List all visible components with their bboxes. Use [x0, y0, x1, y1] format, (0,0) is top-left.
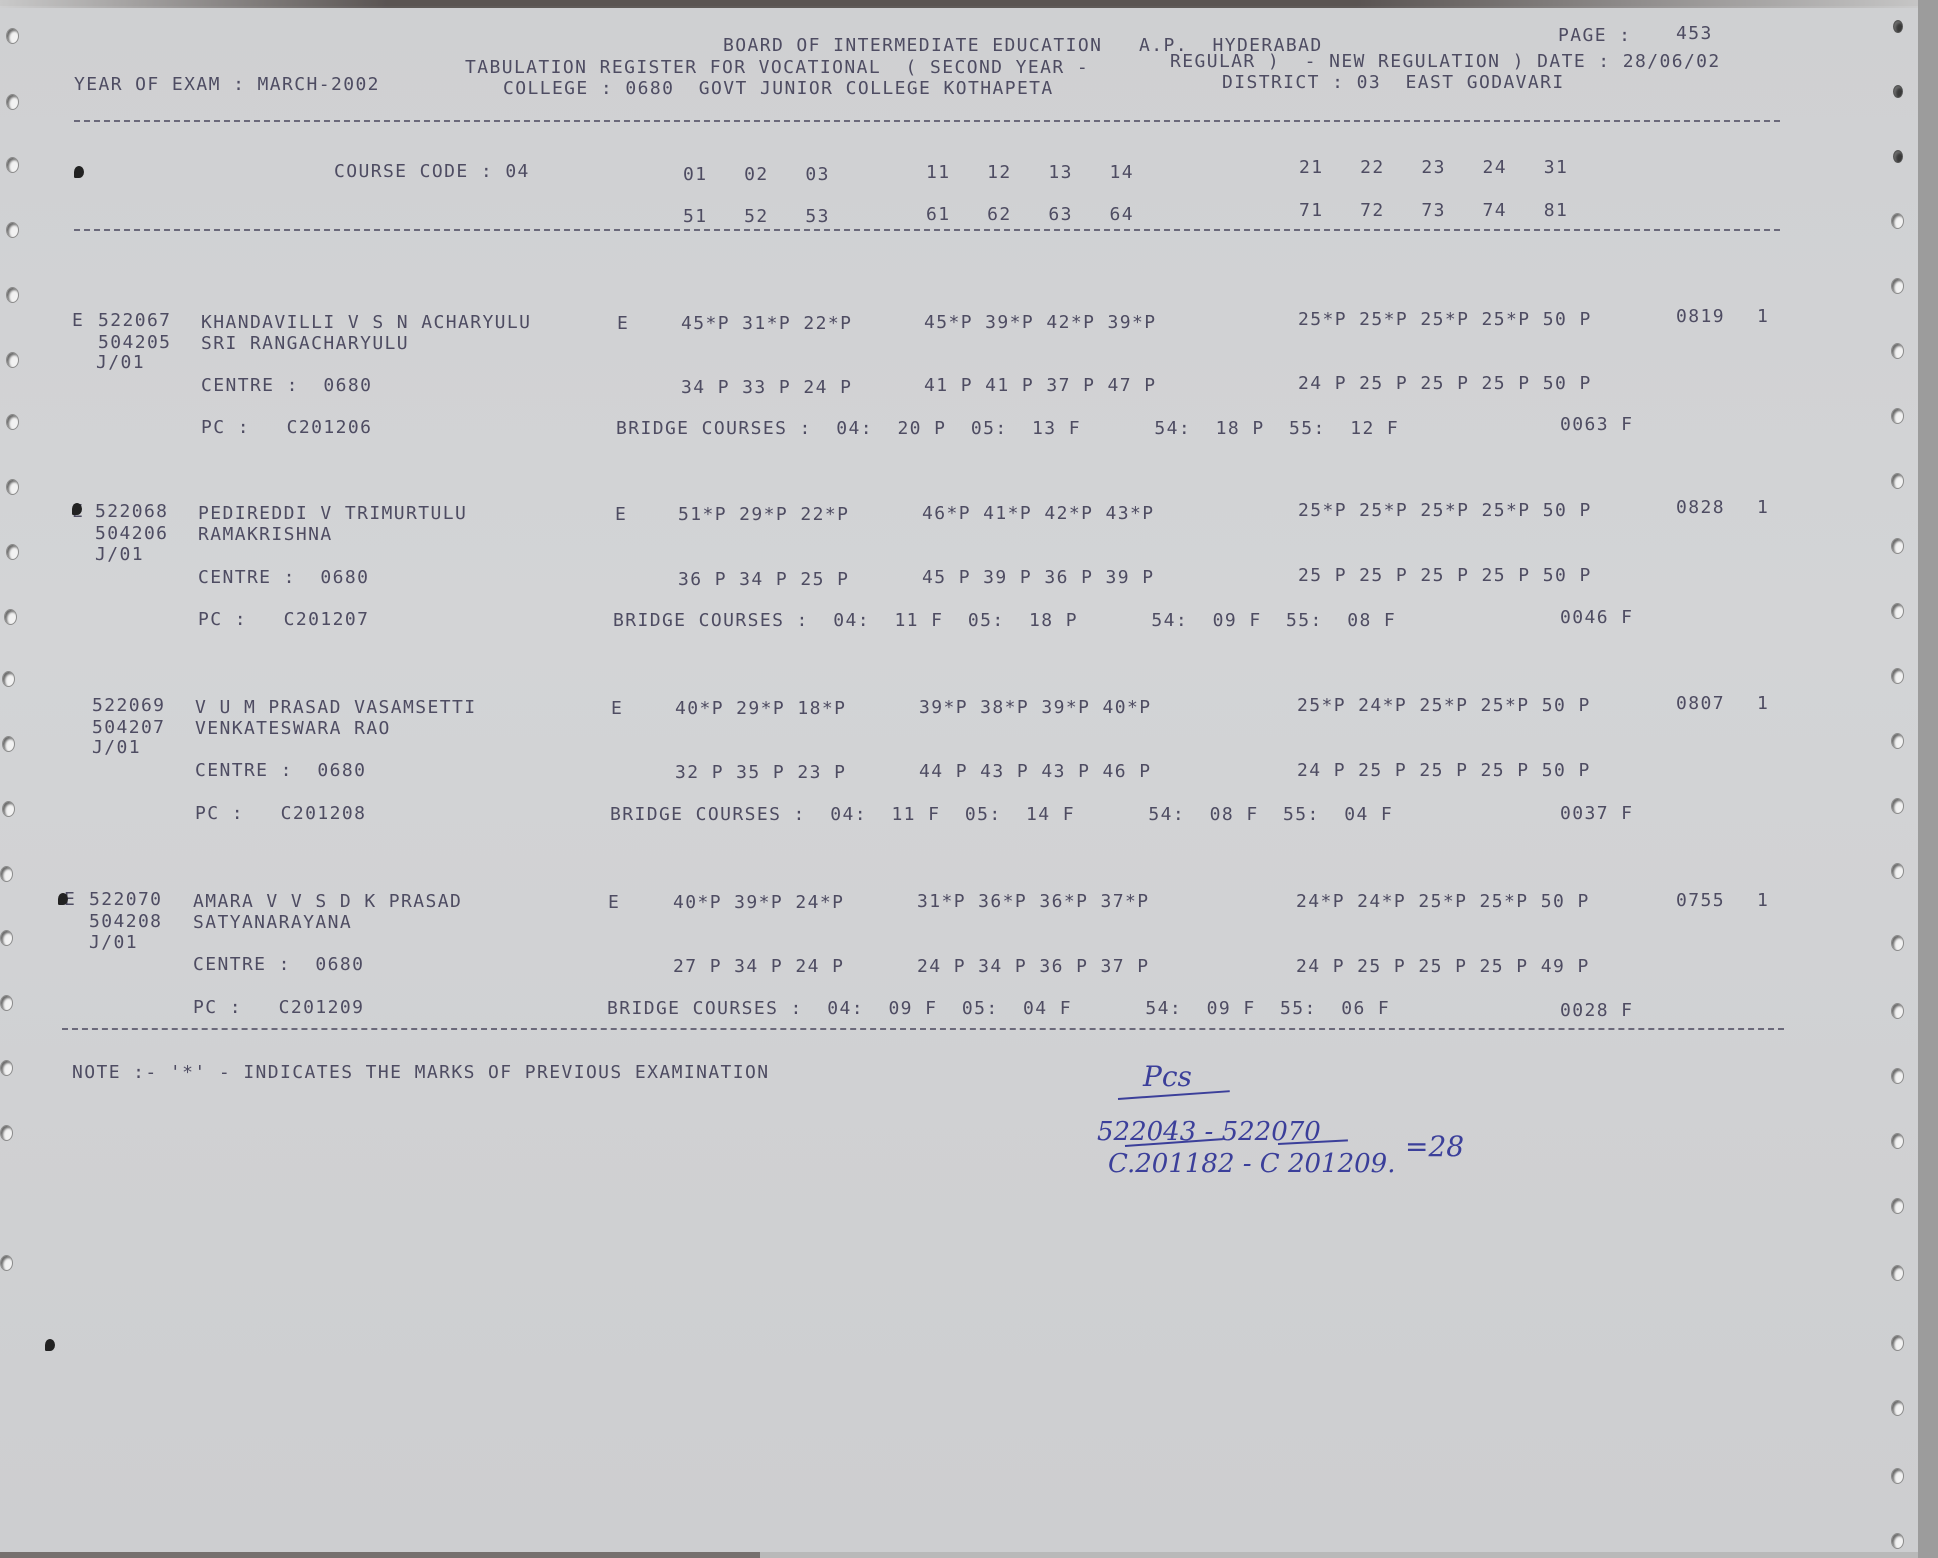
prev-marks-group2: 45*P 39*P 42*P 39*P	[924, 313, 1157, 333]
registration-number: 504206	[95, 524, 168, 544]
centre-code: CENTRE : 0680	[195, 761, 366, 781]
current-marks-group1: 36 P 34 P 25 P	[678, 570, 849, 590]
feed-hole	[0, 995, 13, 1011]
current-marks-group3: 24 P 25 P 25 P 25 P 50 P	[1298, 374, 1592, 394]
student-name: PEDIREDDI V TRIMURTULU	[198, 504, 467, 524]
student-name: AMARA V V S D K PRASAD	[193, 892, 462, 912]
bridge-courses: BRIDGE COURSES : 04: 09 F 05: 04 F 54: 0…	[607, 999, 1390, 1019]
current-marks-group1: 34 P 33 P 24 P	[681, 378, 852, 398]
feed-hole	[1891, 343, 1904, 359]
feed-hole	[1891, 1400, 1904, 1416]
group-code: J/01	[95, 545, 144, 565]
prev-marks-group2: 31*P 36*P 36*P 37*P	[917, 892, 1150, 912]
father-name: SATYANARAYANA	[193, 913, 352, 933]
student-name: KHANDAVILLI V S N ACHARYULU	[201, 313, 531, 333]
current-marks-group1: 27 P 34 P 24 P	[673, 957, 844, 977]
bridge-courses: BRIDGE COURSES : 04: 20 P 05: 13 F 54: 1…	[616, 419, 1399, 439]
father-name: SRI RANGACHARYULU	[201, 334, 409, 354]
course-codes-row2-group2: 61 62 63 64	[926, 205, 1134, 225]
footer-divider	[62, 1028, 1784, 1030]
prev-marks-group3: 25*P 25*P 25*P 25*P 50 P	[1298, 501, 1592, 521]
feed-hole	[6, 414, 19, 430]
feed-hole	[2, 671, 15, 687]
father-name: VENKATESWARA RAO	[195, 719, 391, 739]
bridge-total: 0046 F	[1560, 608, 1633, 628]
prev-marks-group1: 45*P 31*P 22*P	[681, 314, 852, 334]
course-codes-row2-group3: 71 72 73 74 81	[1299, 201, 1568, 221]
current-marks-group2: 24 P 34 P 36 P 37 P	[917, 957, 1150, 977]
division: 1	[1757, 694, 1769, 714]
centre-code: CENTRE : 0680	[201, 376, 372, 396]
handwritten-title: Pcs	[1143, 1060, 1192, 1093]
current-marks-group2: 41 P 41 P 37 P 47 P	[924, 376, 1157, 396]
feed-hole	[1891, 1468, 1904, 1484]
current-marks-group2: 44 P 43 P 43 P 46 P	[919, 762, 1152, 782]
course-codes-row2-group1: 51 52 53	[683, 207, 830, 227]
header-divider	[74, 120, 1780, 122]
prev-marks-group1: 40*P 29*P 18*P	[675, 699, 846, 719]
feed-hole	[1891, 473, 1904, 489]
feed-hole	[6, 287, 19, 303]
pc-number: PC : C201209	[193, 998, 364, 1018]
student-name: V U M PRASAD VASAMSETTI	[195, 698, 476, 718]
punch-mark	[58, 893, 68, 905]
feed-hole	[2, 736, 15, 752]
medium: E	[617, 314, 629, 334]
current-marks-group3: 24 P 25 P 25 P 25 P 50 P	[1297, 761, 1591, 781]
bridge-courses: BRIDGE COURSES : 04: 11 F 05: 14 F 54: 0…	[610, 805, 1393, 825]
hall-ticket-number: 522069	[92, 696, 165, 716]
medium: E	[615, 505, 627, 525]
feed-hole	[4, 609, 17, 625]
pc-range: C.201182 - C 201209.	[1108, 1149, 1395, 1179]
prev-marks-group1: 40*P 39*P 24*P	[673, 893, 844, 913]
centre-code: CENTRE : 0680	[198, 568, 369, 588]
student-flag: E	[72, 311, 84, 331]
grand-total: 0828	[1676, 498, 1725, 518]
feed-hole	[6, 544, 19, 560]
feed-hole	[0, 1060, 13, 1076]
feed-hole	[6, 479, 19, 495]
feed-hole	[1893, 150, 1903, 163]
feed-hole	[1891, 1335, 1904, 1351]
sheet-right-edge	[1918, 0, 1938, 1558]
feed-hole	[1891, 1068, 1904, 1084]
feed-hole	[6, 28, 19, 44]
page-number: 453	[1676, 24, 1713, 44]
medium: E	[611, 699, 623, 719]
bridge-total: 0037 F	[1560, 804, 1633, 824]
hall-ticket-number: 522070	[89, 890, 162, 910]
current-marks-group3: 24 P 25 P 25 P 25 P 49 P	[1296, 957, 1590, 977]
register-title: TABULATION REGISTER FOR VOCATIONAL ( SEC…	[465, 58, 1089, 78]
course-codes-row1-group1: 01 02 03	[683, 165, 830, 185]
prev-marks-group3: 24*P 24*P 25*P 25*P 50 P	[1296, 892, 1590, 912]
district-info: DISTRICT : 03 EAST GODAVARI	[1222, 73, 1565, 93]
record-count: =28	[1405, 1130, 1464, 1163]
current-marks-group2: 45 P 39 P 36 P 39 P	[922, 568, 1155, 588]
division: 1	[1757, 307, 1769, 327]
feed-hole	[1891, 1133, 1904, 1149]
hall-ticket-number: 522067	[98, 311, 171, 331]
feed-hole	[1891, 603, 1904, 619]
registration-number: 504208	[89, 912, 162, 932]
course-header-divider	[74, 229, 1780, 231]
footnote: NOTE :- '*' - INDICATES THE MARKS OF PRE…	[72, 1063, 770, 1083]
feed-hole	[0, 866, 13, 882]
feed-hole	[1891, 1533, 1904, 1549]
feed-hole	[1891, 1265, 1904, 1281]
feed-hole	[1893, 20, 1903, 33]
division: 1	[1757, 498, 1769, 518]
group-code: J/01	[96, 353, 145, 373]
current-marks-group3: 25 P 25 P 25 P 25 P 50 P	[1298, 566, 1592, 586]
grand-total: 0819	[1676, 307, 1725, 327]
feed-hole	[6, 94, 19, 110]
bottom-edge-shadow	[0, 1552, 760, 1558]
grand-total: 0807	[1676, 694, 1725, 714]
pc-number: PC : C201207	[198, 610, 369, 630]
feed-hole	[0, 1125, 13, 1141]
course-code: COURSE CODE : 04	[334, 162, 530, 182]
feed-hole	[0, 930, 13, 946]
regulation-and-date: REGULAR ) - NEW REGULATION ) DATE : 28/0…	[1170, 52, 1721, 72]
bridge-courses: BRIDGE COURSES : 04: 11 F 05: 18 P 54: 0…	[613, 611, 1396, 631]
pc-number: PC : C201208	[195, 804, 366, 824]
registration-number: 504207	[92, 718, 165, 738]
centre-code: CENTRE : 0680	[193, 955, 364, 975]
feed-hole	[6, 352, 19, 368]
feed-hole	[1893, 85, 1903, 98]
bridge-total: 0063 F	[1560, 415, 1633, 435]
feed-hole	[2, 801, 15, 817]
feed-hole	[1891, 863, 1904, 879]
feed-hole	[1891, 213, 1904, 229]
feed-hole	[1891, 668, 1904, 684]
group-code: J/01	[89, 933, 138, 953]
grand-total: 0755	[1676, 891, 1725, 911]
current-marks-group1: 32 P 35 P 23 P	[675, 763, 846, 783]
prev-marks-group2: 39*P 38*P 39*P 40*P	[919, 698, 1152, 718]
top-edge-shadow	[0, 0, 1938, 8]
registration-number: 504205	[98, 333, 171, 353]
feed-hole	[1891, 733, 1904, 749]
feed-hole	[6, 157, 19, 173]
punch-mark	[72, 503, 82, 515]
prev-marks-group1: 51*P 29*P 22*P	[678, 505, 849, 525]
punch-mark	[74, 166, 84, 178]
course-codes-row1-group2: 11 12 13 14	[926, 163, 1134, 183]
feed-hole	[0, 1255, 13, 1271]
feed-hole	[1891, 1198, 1904, 1214]
course-codes-row1-group3: 21 22 23 24 31	[1299, 158, 1568, 178]
feed-hole	[1891, 538, 1904, 554]
feed-hole	[1891, 798, 1904, 814]
pc-number: PC : C201206	[201, 418, 372, 438]
feed-hole	[1891, 278, 1904, 294]
punch-mark	[45, 1339, 55, 1351]
prev-marks-group2: 46*P 41*P 42*P 43*P	[922, 504, 1155, 524]
division: 1	[1757, 891, 1769, 911]
page-label: PAGE :	[1558, 26, 1631, 46]
feed-hole	[1891, 1003, 1904, 1019]
college-info: COLLEGE : 0680 GOVT JUNIOR COLLEGE KOTHA…	[503, 79, 1054, 99]
group-code: J/01	[92, 738, 141, 758]
feed-hole	[1891, 408, 1904, 424]
prev-marks-group3: 25*P 24*P 25*P 25*P 50 P	[1297, 696, 1591, 716]
feed-hole	[1891, 935, 1904, 951]
year-of-exam: YEAR OF EXAM : MARCH-2002	[74, 75, 380, 95]
medium: E	[608, 893, 620, 913]
hall-ticket-number: 522068	[95, 502, 168, 522]
bridge-total: 0028 F	[1560, 1001, 1633, 1021]
feed-hole	[6, 222, 19, 238]
father-name: RAMAKRISHNA	[198, 525, 333, 545]
prev-marks-group3: 25*P 25*P 25*P 25*P 50 P	[1298, 310, 1592, 330]
